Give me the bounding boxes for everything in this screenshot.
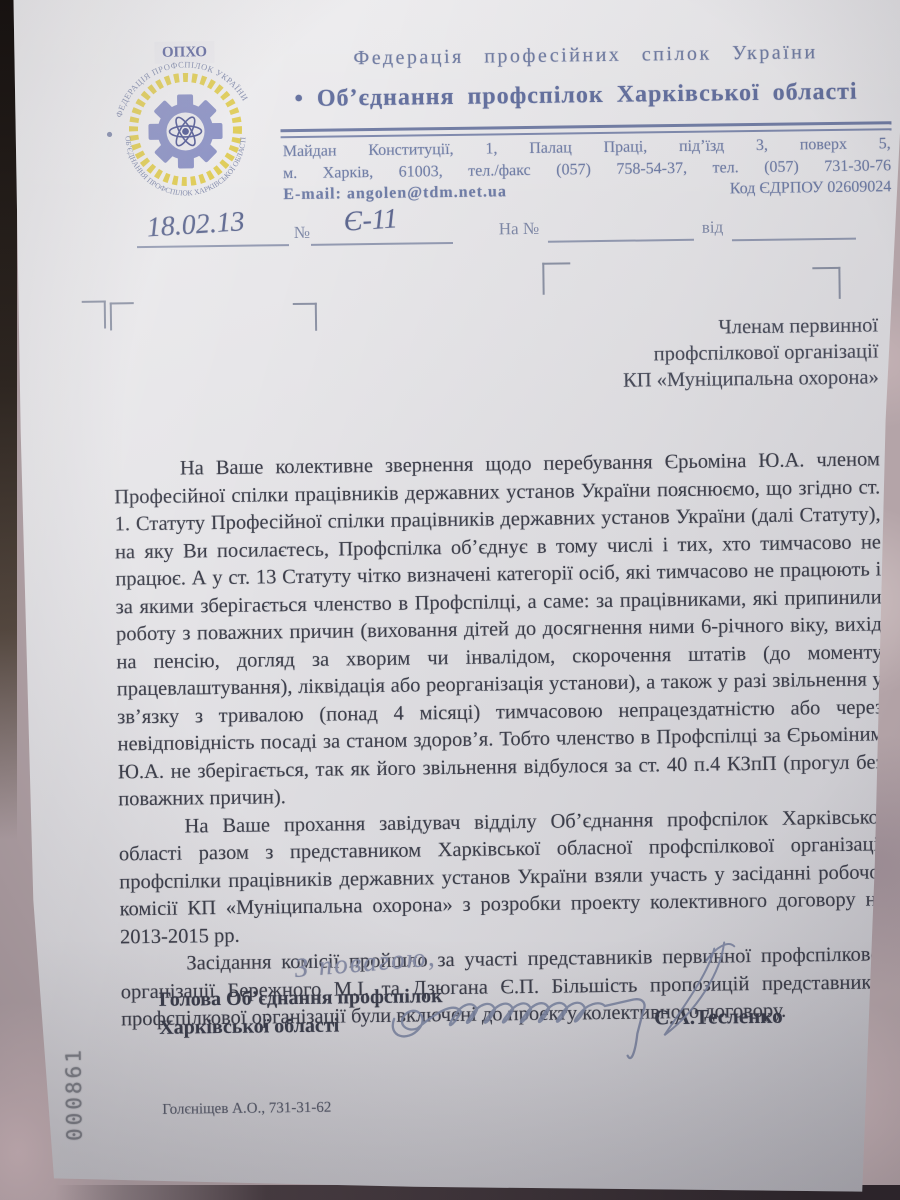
- title-bullet: •: [294, 86, 304, 112]
- from-date-underline: [732, 238, 856, 242]
- recipient-block: Членам первинної профспілкової організац…: [458, 312, 879, 395]
- corner-mark: [293, 303, 317, 331]
- recipient-line: КП «Муніципальна охорона»: [459, 364, 879, 395]
- organization-name: • Об’єднання профспілок Харківської обла…: [259, 78, 893, 113]
- signer-name: С.А.Тесленко: [654, 1004, 783, 1031]
- letter-body: На Ваше колективне звернення щодо перебу…: [114, 446, 887, 1033]
- reply-number-underline: [548, 239, 694, 243]
- handwritten-date: 18.02.13: [146, 206, 246, 244]
- address-line-3: E-mail: angolen@tdm.net.ua Код ЄДРПОУ 02…: [283, 178, 891, 204]
- address-line-1: Майдан Конституції, 1, Палац Праці, під’…: [283, 135, 891, 161]
- federation-name: Федерація професійних спілок України: [281, 40, 889, 71]
- corner-mark: [812, 267, 840, 299]
- handwritten-outgoing-number: Є-11: [343, 203, 399, 238]
- photo-of-letter: ФЕДЕРАЦІЯ ПРОФСПІЛОК УКРАЇНИ ОБ’ЄДНАННЯ …: [0, 0, 900, 1200]
- gear-atom-icon: [148, 94, 223, 169]
- logo-side-dot-left: [107, 132, 112, 137]
- edrpou-code: Код ЄДРПОУ 02609024: [730, 178, 892, 198]
- signer-title: Голова Об’єднання профспілок Харківської…: [159, 982, 490, 1042]
- date-underline: [137, 244, 289, 248]
- executor-contact: Голєніщев А.О., 731-31-62: [162, 1100, 331, 1119]
- logo-abbr-text: ОПХО: [162, 44, 207, 61]
- union-emblem-logo: ФЕДЕРАЦІЯ ПРОФСПІЛОК УКРАЇНИ ОБ’ЄДНАННЯ …: [102, 38, 268, 212]
- background-dark-edge: [0, 0, 17, 840]
- corner-mark: [82, 301, 106, 329]
- corner-mark: [110, 302, 134, 330]
- number-sign-label: №: [294, 223, 310, 243]
- registration-stamp-number: 000861: [61, 1047, 86, 1141]
- email-text: E-mail: angolen@tdm.net.ua: [283, 183, 507, 204]
- body-paragraph: На Ваше колективне звернення щодо перебу…: [114, 446, 885, 813]
- letter-sheet: ФЕДЕРАЦІЯ ПРОФСПІЛОК УКРАЇНИ ОБ’ЄДНАННЯ …: [0, 0, 900, 1200]
- reply-to-number-label: На №: [499, 219, 540, 240]
- number-underline: [311, 242, 453, 246]
- corner-mark: [542, 262, 570, 294]
- body-paragraph: На Ваше прохання завідувач відділу Об’єд…: [118, 804, 886, 952]
- from-date-label: від: [702, 217, 724, 237]
